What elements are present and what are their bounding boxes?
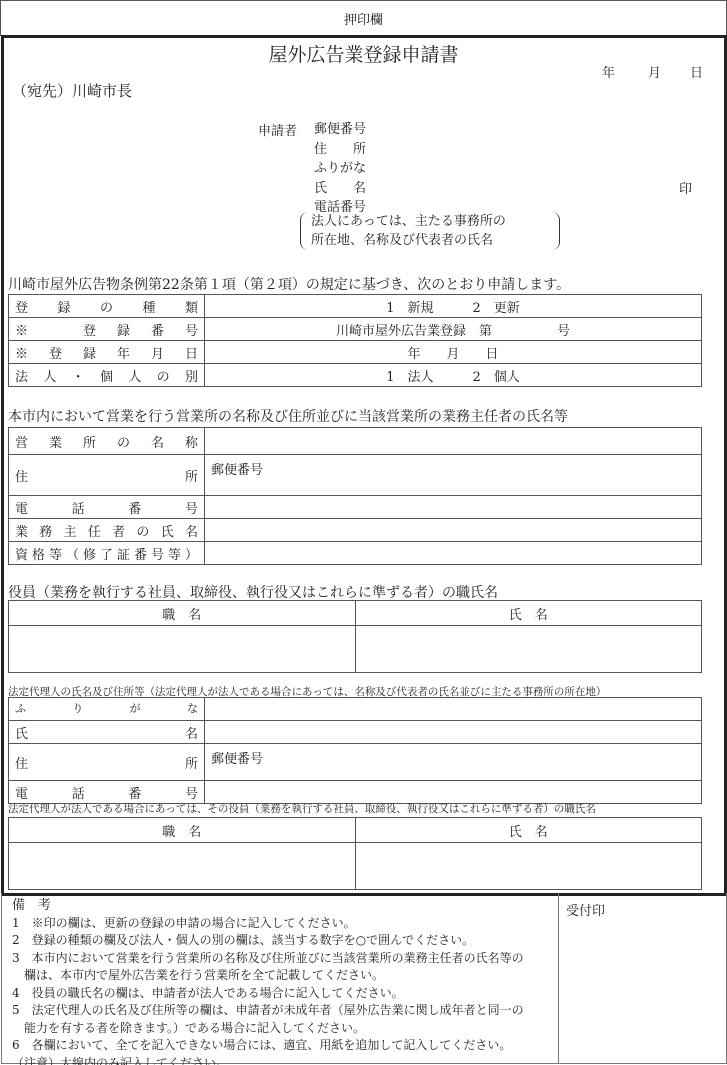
applicant-postal-code[interactable]: 郵便番号	[314, 120, 366, 140]
office-caption: 本市内において営業を行う営業所の名称及び住所並びに当該営業所の業務主任者の氏名等	[8, 406, 568, 426]
office-qualification-value[interactable]	[205, 542, 702, 565]
legal-rep-officers-title-header: 職 名	[9, 818, 356, 843]
office-table: 営業所の名称 住所郵便番号 電話番号 業務主任者の氏名 資格等（修了証番号等）	[8, 427, 702, 565]
legal-rep-officers-name-value[interactable]	[355, 843, 702, 890]
page-title: 屋外広告業登録申請書	[0, 40, 727, 67]
note-item-3-cont: 欄は、本市内で屋外広告業を行う営業所を全て記載してください。	[12, 967, 552, 985]
applicant-label: 申請者	[258, 120, 297, 139]
legal-rep-officers-name-header: 氏 名	[355, 818, 702, 843]
table-row: ふりがな	[9, 698, 702, 721]
receipt-divider	[558, 893, 559, 1064]
legal-rep-furigana-value[interactable]	[205, 698, 702, 721]
corporate-note: 法人にあっては、主たる事務所の 所在地、名称及び代表者の氏名	[300, 212, 560, 250]
registration-date-label: ※登録年月日	[9, 341, 205, 364]
officers-title-value[interactable]	[9, 626, 356, 673]
legal-rep-furigana-label: ふりがな	[9, 698, 205, 721]
table-row: ※ 登録番号川崎市屋外広告業登録 第 号	[9, 318, 702, 341]
office-phone-label: 電話番号	[9, 496, 205, 519]
officers-name-header: 氏 名	[355, 601, 702, 626]
applicant-fields: 郵便番号 住 所 ふりがな 氏 名 電話番号	[314, 120, 366, 218]
applicant-furigana[interactable]: ふりがな	[314, 159, 366, 179]
legal-rep-name-label: 氏名	[9, 721, 205, 744]
notes-title: 備 考	[12, 897, 552, 915]
date-day: 日	[690, 62, 703, 81]
entity-type-value[interactable]: 1 法人 2 個人	[205, 364, 702, 387]
table-row: 営業所の名称	[9, 428, 702, 455]
officers-caption: 役員（業務を執行する社員、取締役、執行役又はこれらに準ずる者）の職氏名	[8, 582, 498, 602]
corporate-note-line-2: 所在地、名称及び代表者の氏名	[311, 231, 549, 250]
table-row	[9, 626, 702, 673]
note-item-6: 6 各欄において、全てを記入できない場合には、適宜、用紙を追加して記入してくださ…	[12, 1037, 552, 1055]
note-item-5-cont: 能力を有する者を除きます。）である場合に記入してください。	[12, 1020, 552, 1038]
registration-number-label: ※ 登録番号	[9, 318, 205, 341]
table-row: 業務主任者の氏名	[9, 519, 702, 542]
note-caution: （注意）太線内のみ記入してください。	[12, 1055, 552, 1065]
entity-type-label: 法人・個人の別	[9, 364, 205, 387]
registration-number-value[interactable]: 川崎市屋外広告業登録 第 号	[205, 318, 702, 341]
officers-title-header: 職 名	[9, 601, 356, 626]
registration-caption: 川崎市屋外広告物条例第22条第１項（第２項）の規定に基づき、次のとおり申請します…	[8, 274, 570, 294]
table-row: 登録の種類1 新規 2 更新	[9, 295, 702, 318]
legal-rep-officers-table: 職 名氏 名	[8, 817, 702, 890]
registration-table: 登録の種類1 新規 2 更新 ※ 登録番号川崎市屋外広告業登録 第 号 ※登録年…	[8, 294, 702, 387]
applicant-address[interactable]: 住 所	[314, 140, 366, 160]
registration-type-label: 登録の種類	[9, 295, 205, 318]
note-item-3: 3 本市内において営業を行う営業所の名称及び住所並びに当該営業所の業務主任者の氏…	[12, 950, 552, 968]
legal-rep-officers-caption: 法定代理人が法人である場合にあっては、その役員（業務を執行する社員、取締役、執行…	[8, 801, 596, 816]
legal-rep-address-label: 住所	[9, 744, 205, 781]
table-row: 法人・個人の別1 法人 2 個人	[9, 364, 702, 387]
table-row: 氏名	[9, 721, 702, 744]
seal-mark: 印	[679, 178, 692, 197]
office-name-value[interactable]	[205, 428, 702, 455]
table-row: 住所郵便番号	[9, 455, 702, 496]
office-qualification-label: 資格等（修了証番号等）	[9, 542, 205, 565]
note-item-1: 1 ※印の欄は、更新の登録の申請の場合に記入してください。	[12, 915, 552, 933]
office-manager-label: 業務主任者の氏名	[9, 519, 205, 542]
seal-box-label: 押印欄	[344, 9, 383, 28]
legal-rep-officers-title-value[interactable]	[9, 843, 356, 890]
applicant-name[interactable]: 氏 名	[314, 179, 366, 199]
table-row: 電話番号	[9, 496, 702, 519]
officers-name-value[interactable]	[355, 626, 702, 673]
registration-type-value[interactable]: 1 新規 2 更新	[205, 295, 702, 318]
date-month: 月	[648, 62, 661, 81]
note-item-4: 4 役員の職氏名の欄は、申請者が法人である場合に記入してください。	[12, 985, 552, 1003]
seal-box: 押印欄	[0, 0, 727, 36]
office-phone-value[interactable]	[205, 496, 702, 519]
office-address-value[interactable]: 郵便番号	[205, 455, 702, 496]
receipt-stamp-label: 受付印	[566, 900, 605, 919]
table-row: 資格等（修了証番号等）	[9, 542, 702, 565]
addressee: （宛先）川崎市長	[12, 80, 132, 101]
legal-rep-name-value[interactable]	[205, 721, 702, 744]
office-name-label: 営業所の名称	[9, 428, 205, 455]
date-year: 年	[602, 62, 615, 81]
note-item-5: 5 法定代理人の氏名及び住所等の欄は、申請者が未成年者（屋外広告業に関し成年者と…	[12, 1002, 552, 1020]
officers-table: 職 名氏 名	[8, 600, 702, 673]
table-row	[9, 843, 702, 890]
legal-rep-address-value[interactable]: 郵便番号	[205, 744, 702, 781]
notes-section: 備 考 1 ※印の欄は、更新の登録の申請の場合に記入してください。 2 登録の種…	[12, 897, 552, 1065]
table-row: 住所郵便番号	[9, 744, 702, 781]
note-item-2: 2 登録の種類の欄及び法人・個人の別の欄は、該当する数字を○で囲んでください。	[12, 932, 552, 950]
registration-date-value[interactable]: 年 月 日	[205, 341, 702, 364]
office-manager-value[interactable]	[205, 519, 702, 542]
office-address-label: 住所	[9, 455, 205, 496]
table-row: ※登録年月日年 月 日	[9, 341, 702, 364]
legal-rep-table: ふりがな 氏名 住所郵便番号 電話番号	[8, 697, 702, 804]
corporate-note-line-1: 法人にあっては、主たる事務所の	[311, 212, 549, 231]
